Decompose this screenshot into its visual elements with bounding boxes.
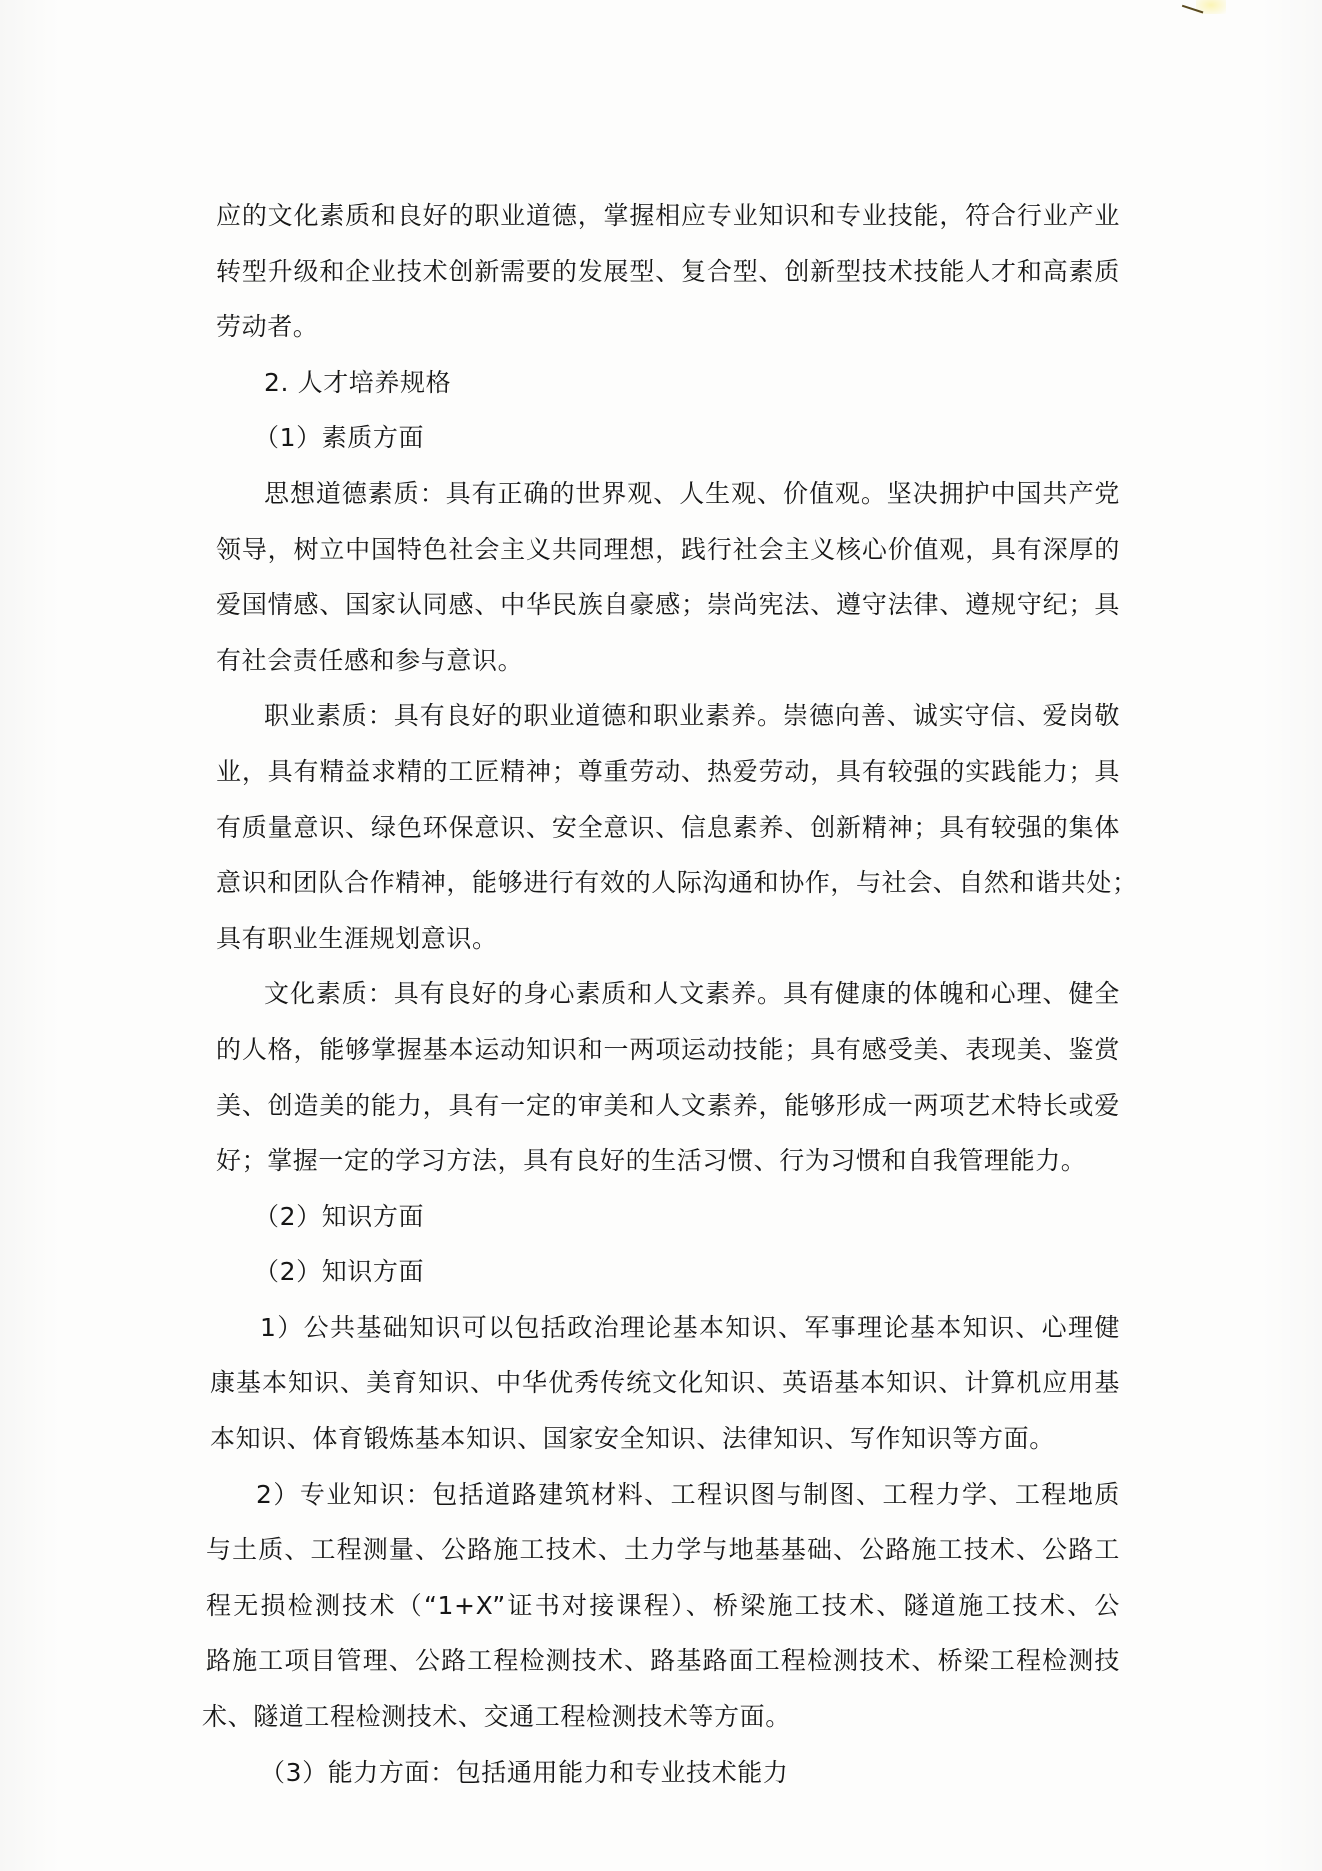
paragraph-cultural-quality: 文化素质：具有良好的身心素质和人文素养。具有健康的体魄和心理、健全 的人格，能够… [216, 966, 1120, 1188]
paragraph-professional-quality: 职业素质：具有良好的职业道德和职业素养。崇德向善、诚实守信、爱岗敬 业，具有精益… [216, 688, 1120, 966]
subsection-heading: （2）知识方面 [216, 1244, 1120, 1300]
text-line: 具有职业生涯规划意识。 [216, 911, 1120, 967]
subsection-heading: （3）能力方面：包括通用能力和专业技术能力 [216, 1745, 1120, 1801]
text-line: 的人格，能够掌握基本运动知识和一两项运动技能；具有感受美、表现美、鉴赏 [216, 1022, 1120, 1078]
subsection-heading: （1）素质方面 [216, 410, 1120, 466]
text-line: 路施工项目管理、公路工程检测技术、路基路面工程检测技术、桥梁工程检测技 [206, 1633, 1120, 1689]
scanned-document-page: 应的文化素质和良好的职业道德，掌握相应专业知识和专业技能，符合行业产业 转型升级… [0, 0, 1322, 1871]
text-line: 思想道德素质：具有正确的世界观、人生观、价值观。坚决拥护中国共产党 [216, 466, 1120, 522]
document-body: 应的文化素质和良好的职业道德，掌握相应专业知识和专业技能，符合行业产业 转型升级… [216, 188, 1120, 1800]
text-line: 文化素质：具有良好的身心素质和人文素养。具有健康的体魄和心理、健全 [216, 966, 1120, 1022]
corner-highlighter-mark [1182, 0, 1222, 14]
text-line: 与土质、工程测量、公路施工技术、土力学与地基基础、公路施工技术、公路工 [206, 1522, 1120, 1578]
text-line: 业，具有精益求精的工匠精神；尊重劳动、热爱劳动，具有较强的实践能力；具 [216, 744, 1120, 800]
text-line: 好；掌握一定的学习方法，具有良好的生活习惯、行为习惯和自我管理能力。 [216, 1133, 1120, 1189]
text-line: 转型升级和企业技术创新需要的发展型、复合型、创新型技术技能人才和高素质 [216, 244, 1120, 300]
text-line: 职业素质：具有良好的职业道德和职业素养。崇德向善、诚实守信、爱岗敬 [216, 688, 1120, 744]
paragraph-public-basic-knowledge: 1）公共基础知识可以包括政治理论基本知识、军事理论基本知识、心理健 康基本知识、… [216, 1300, 1120, 1467]
text-line: 劳动者。 [216, 299, 1120, 355]
text-line: 术、隧道工程检测技术、交通工程检测技术等方面。 [202, 1689, 1120, 1745]
text-line: 2）专业知识：包括道路建筑材料、工程识图与制图、工程力学、工程地质 [216, 1467, 1120, 1523]
text-line: 程无损检测技术（“1+X”证书对接课程）、桥梁施工技术、隧道施工技术、公 [206, 1578, 1120, 1634]
paragraph-goal-continuation: 应的文化素质和良好的职业道德，掌握相应专业知识和专业技能，符合行业产业 转型升级… [216, 188, 1120, 355]
text-line: 爱国情感、国家认同感、中华民族自豪感；崇尚宪法、遵守法律、遵规守纪；具 [216, 577, 1120, 633]
text-line: 美、创造美的能力，具有一定的审美和人文素养，能够形成一两项艺术特长或爱 [216, 1078, 1120, 1134]
text-line: 意识和团队合作精神，能够进行有效的人际沟通和协作，与社会、自然和谐共处； [216, 855, 1120, 911]
text-line: 1）公共基础知识可以包括政治理论基本知识、军事理论基本知识、心理健 [216, 1300, 1120, 1356]
text-line: 有社会责任感和参与意识。 [216, 633, 1120, 689]
paragraph-professional-knowledge: 2）专业知识：包括道路建筑材料、工程识图与制图、工程力学、工程地质 与土质、工程… [216, 1467, 1120, 1745]
subsection-heading: （2）知识方面 [216, 1189, 1120, 1245]
text-line: 应的文化素质和良好的职业道德，掌握相应专业知识和专业技能，符合行业产业 [216, 188, 1120, 244]
paragraph-ideological-moral-quality: 思想道德素质：具有正确的世界观、人生观、价值观。坚决拥护中国共产党 领导，树立中… [216, 466, 1120, 688]
text-line: 康基本知识、美育知识、中华优秀传统文化知识、英语基本知识、计算机应用基 [210, 1355, 1120, 1411]
text-line: 领导，树立中国特色社会主义共同理想，践行社会主义核心价值观，具有深厚的 [216, 522, 1120, 578]
text-line: 本知识、体育锻炼基本知识、国家安全知识、法律知识、写作知识等方面。 [210, 1411, 1120, 1467]
section-heading: 2. 人才培养规格 [216, 355, 1120, 411]
text-line: 有质量意识、绿色环保意识、安全意识、信息素养、创新精神；具有较强的集体 [216, 800, 1120, 856]
